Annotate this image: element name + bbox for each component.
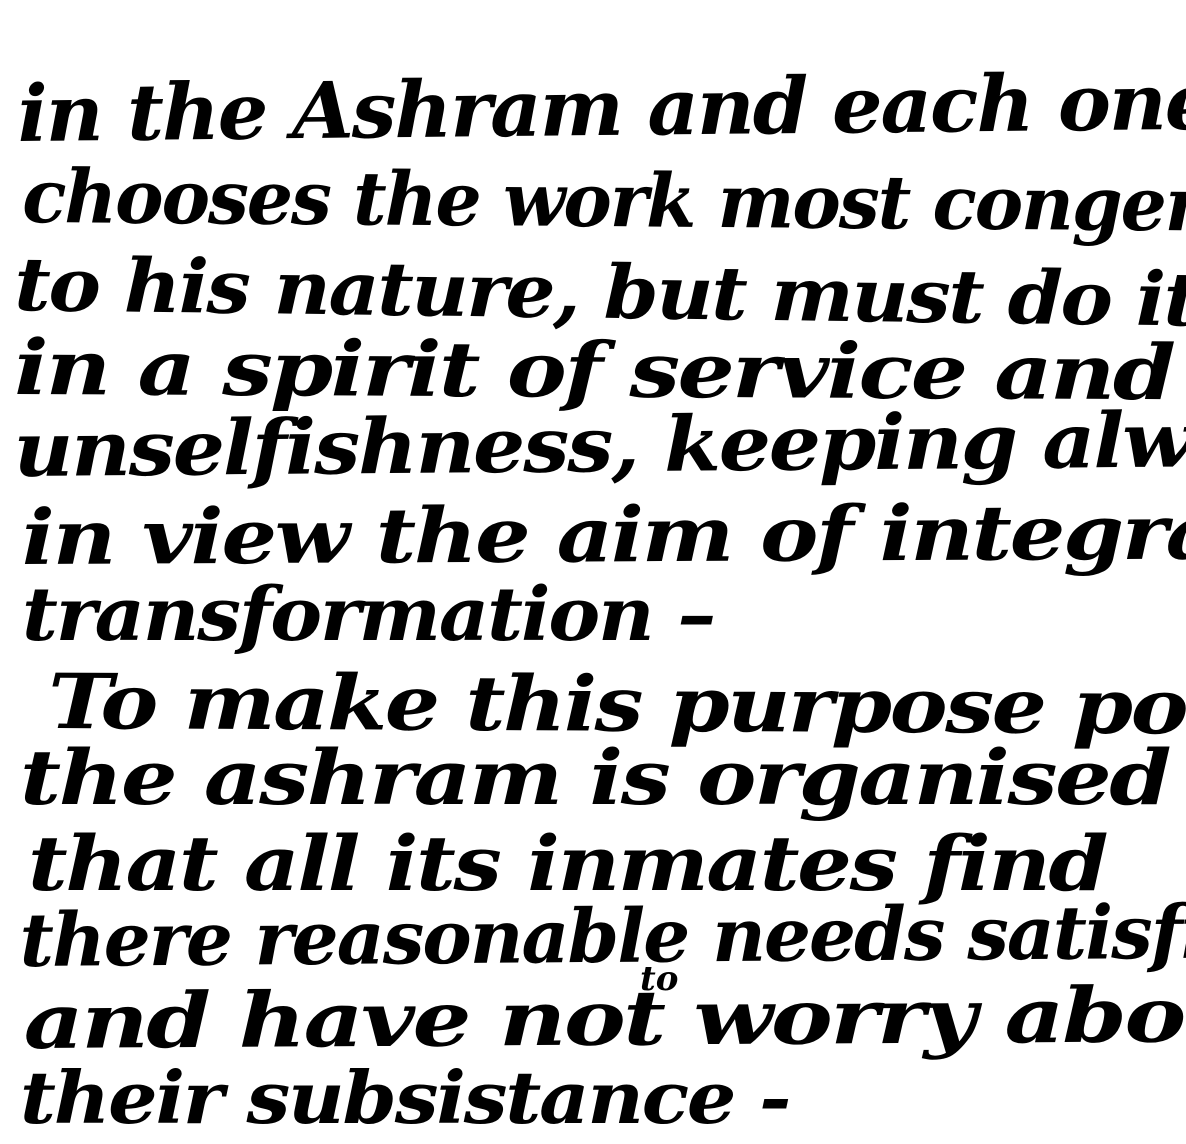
inserted-word-to: to — [640, 962, 678, 996]
manuscript-line-13: their subsistance - — [20, 1062, 789, 1134]
manuscript-line-6: in view the aim of integral — [22, 494, 1186, 576]
handwritten-page: in the Ashram and each one chooses the w… — [0, 0, 1186, 1144]
manuscript-line-9: the ashram is organised so — [20, 740, 1186, 816]
manuscript-line-1: in the Ashram and each one — [17, 64, 1186, 154]
manuscript-line-2: chooses the work most congenial — [22, 160, 1186, 243]
manuscript-line-7: transformation – — [22, 578, 714, 652]
manuscript-line-5: unselfishness, keeping always — [13, 401, 1186, 488]
manuscript-line-12: and have not worry about — [23, 977, 1186, 1060]
manuscript-line-11: there reasonable needs satisfied — [19, 895, 1186, 978]
